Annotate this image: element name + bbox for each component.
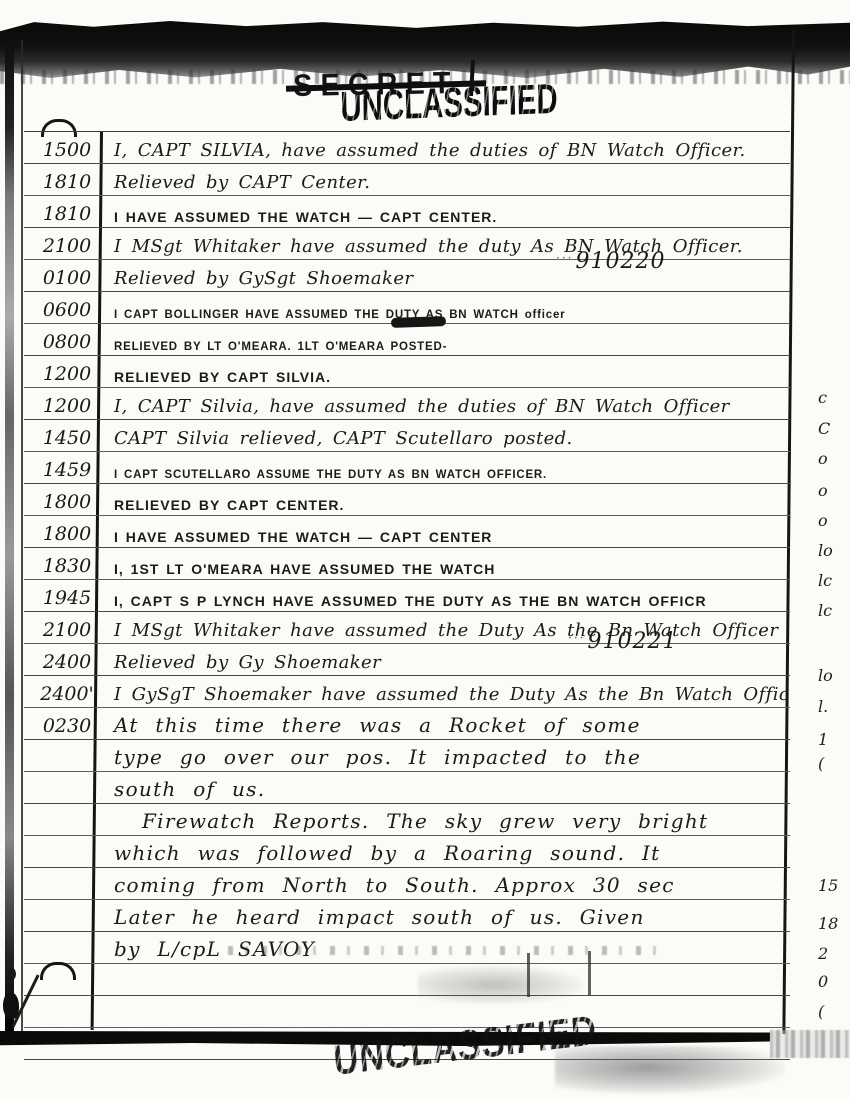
scan-smear: [555, 1046, 785, 1094]
time-cell: 0600: [30, 299, 104, 321]
margin-fragment: lo: [818, 666, 833, 685]
margin-fragment: (: [818, 754, 824, 773]
log-row: 2400' I GySgT Shoemaker have assumed the…: [24, 676, 790, 708]
log-row: [24, 996, 790, 1028]
log-row: south of us.: [24, 772, 790, 804]
margin-fragment: lc: [818, 601, 832, 620]
unclassified-stamp-top: UNCLASSIFIED: [340, 78, 558, 128]
entry-cell: which was followed by a Roaring sound. I…: [114, 841, 660, 865]
time-cell: 0100: [30, 267, 104, 289]
entry-cell: Relieved by CAPT Center.: [114, 172, 370, 193]
margin-fragment: lc: [818, 571, 832, 590]
log-row: 1830 I, 1ST LT O'MEARA HAVE ASSUMED THE …: [24, 548, 790, 580]
log-row: 1810 I HAVE ASSUMED THE WATCH — CAPT CEN…: [24, 196, 790, 228]
watch-log-table: 1500 I, CAPT SILVIA, have assumed the du…: [24, 131, 790, 1060]
time-cell: 1450: [30, 427, 104, 449]
time-cell: 1459: [30, 459, 104, 481]
entry-cell: I CAPT BOLLINGER HAVE ASSUMED THE DUTY A…: [114, 309, 565, 321]
time-cell: 2100: [30, 619, 104, 641]
time-cell: 1200: [30, 395, 104, 417]
margin-fragment: 15: [818, 876, 838, 895]
margin-fragment: 2: [818, 944, 828, 963]
log-row: 1810 Relieved by CAPT Center.: [24, 164, 790, 196]
time-cell: 2400': [30, 683, 104, 705]
binding-edge-shadow: [5, 36, 14, 1036]
log-row: Later he heard impact south of us. Given: [24, 900, 790, 932]
serial-number-910221: 910221: [568, 629, 677, 654]
time-cell: 1500: [30, 139, 104, 161]
margin-fragment: C: [818, 419, 830, 438]
time-cell: 1945: [30, 587, 104, 609]
log-row: type go over our pos. It impacted to the: [24, 740, 790, 772]
log-row: 1459 I CAPT SCUTELLARO ASSUME THE DUTY A…: [24, 452, 790, 484]
left-margin-rule: [21, 40, 23, 1035]
entry-cell: RELIEVED BY LT O'MEARA. 1LT O'MEARA POST…: [114, 341, 447, 353]
time-cell: 2100: [30, 235, 104, 257]
ink-blot-small: [8, 968, 16, 980]
serial-number-910220: 910220: [556, 249, 665, 274]
entry-cell: I GySgT Shoemaker have assumed the Duty …: [114, 684, 789, 705]
faint-pen-stroke: [588, 951, 591, 995]
time-cell: 1830: [30, 555, 104, 577]
scanned-watch-log-page: SECRET UNCLASSIFIED 1500 I, CAPT SILVIA,…: [0, 0, 850, 1099]
entry-cell: Relieved by Gy Shoemaker: [114, 652, 381, 673]
log-row: 0230 At this time there was a Rocket of …: [24, 708, 790, 740]
margin-fragment: o: [818, 511, 828, 530]
log-row: 0800 RELIEVED BY LT O'MEARA. 1LT O'MEARA…: [24, 324, 790, 356]
entry-cell: I, CAPT S P LYNCH HAVE ASSUMED THE DUTY …: [114, 593, 707, 609]
entry-cell: Firewatch Reports. The sky grew very bri…: [142, 809, 708, 833]
ink-blot: [3, 992, 19, 1019]
scribbled-out-word: [391, 316, 446, 328]
faint-pen-stroke: [527, 953, 530, 997]
entry-cell: RELIEVED BY CAPT SILVIA.: [114, 369, 331, 385]
entry-cell: I HAVE ASSUMED THE WATCH — CAPT CENTER.: [114, 209, 497, 225]
log-row: 1200 I, CAPT Silvia, have assumed the du…: [24, 388, 790, 420]
faint-stamp-ghost: [418, 966, 583, 1004]
time-cell: 1200: [30, 363, 104, 385]
log-row: 1800 I HAVE ASSUMED THE WATCH — CAPT CEN…: [24, 516, 790, 548]
margin-fragment: l.: [818, 697, 828, 716]
log-row: 1945 I, CAPT S P LYNCH HAVE ASSUMED THE …: [24, 580, 790, 612]
log-row: 1200 RELIEVED BY CAPT SILVIA.: [24, 356, 790, 388]
log-row: 1450 CAPT Silvia relieved, CAPT Scutella…: [24, 420, 790, 452]
time-cell: 1810: [30, 203, 104, 225]
entry-cell: Relieved by GySgt Shoemaker: [114, 268, 413, 289]
entry-cell: I MSgt Whitaker have assumed the Duty As…: [114, 620, 778, 641]
log-row: coming from North to South. Approx 30 se…: [24, 868, 790, 900]
entry-cell: CAPT Silvia relieved, CAPT Scutellaro po…: [114, 428, 573, 449]
entry-cell: coming from North to South. Approx 30 se…: [114, 873, 675, 897]
entry-cell: I HAVE ASSUMED THE WATCH — CAPT CENTER: [114, 529, 492, 545]
entry-cell: type go over our pos. It impacted to the: [114, 745, 641, 769]
log-row: [24, 964, 790, 996]
margin-fragment: c: [818, 388, 827, 407]
time-cell: 1810: [30, 171, 104, 193]
margin-fragment: o: [818, 449, 828, 468]
entry-cell: I, CAPT Silvia, have assumed the duties …: [114, 396, 730, 417]
time-cell: 1800: [30, 523, 104, 545]
log-row: which was followed by a Roaring sound. I…: [24, 836, 790, 868]
time-cell: 2400: [30, 651, 104, 673]
entry-cell: Later he heard impact south of us. Given: [114, 905, 645, 929]
margin-fragment: (: [818, 1002, 824, 1021]
margin-fragment: 1: [818, 730, 828, 749]
margin-fragment: o: [818, 481, 828, 500]
log-row: 1500 I, CAPT SILVIA, have assumed the du…: [24, 132, 790, 164]
entry-cell: I, CAPT SILVIA, have assumed the duties …: [114, 140, 746, 161]
time-cell: 0800: [30, 331, 104, 353]
log-row: 1800 RELIEVED BY CAPT CENTER.: [24, 484, 790, 516]
log-row: Firewatch Reports. The sky grew very bri…: [24, 804, 790, 836]
log-row: 2100 I MSgt Whitaker have assumed the du…: [24, 228, 790, 260]
margin-fragment: 0: [818, 972, 828, 991]
margin-fragment: 18: [818, 914, 838, 933]
margin-fragment: lo: [818, 541, 833, 560]
corner-scan-noise: [770, 1030, 850, 1058]
entry-cell: RELIEVED BY CAPT CENTER.: [114, 497, 344, 513]
entry-cell: I CAPT SCUTELLARO ASSUME THE DUTY AS BN …: [114, 469, 547, 481]
log-row: 0100 Relieved by GySgt Shoemaker: [24, 260, 790, 292]
entry-cell: I, 1ST LT O'MEARA HAVE ASSUMED THE WATCH: [114, 561, 495, 577]
entry-cell: south of us.: [114, 777, 265, 801]
time-cell: 1800: [30, 491, 104, 513]
time-cell: 0230: [30, 715, 104, 737]
entry-cell: At this time there was a Rocket of some: [114, 713, 641, 737]
faint-smudge-row: [228, 946, 658, 955]
